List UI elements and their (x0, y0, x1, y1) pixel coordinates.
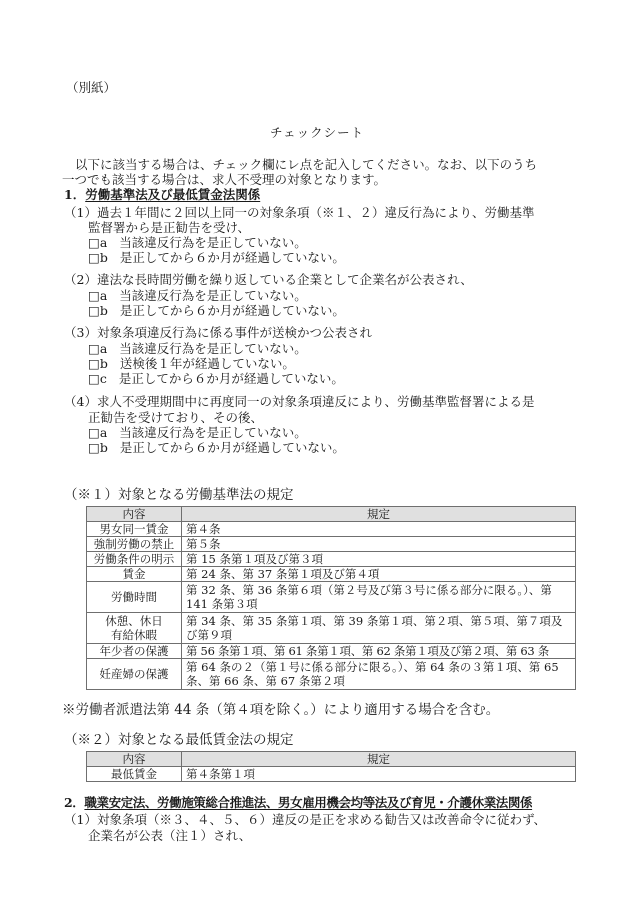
item-4-option-b[interactable]: □b是正してから６か月が経過していない。 (88, 440, 345, 455)
table-row: 休憩、休日有給休暇第 34 条、第 35 条第１項、第 39 条第１項、第２項、… (87, 613, 576, 644)
annex-label: （別紙） (66, 80, 116, 95)
checkbox[interactable]: □ (88, 371, 100, 386)
item-4-line-1: （4）求人不受理期間中に再度同一の対象条項違反により、労働基準監督署による是 (64, 394, 534, 409)
page-title: チェックシート (270, 125, 364, 140)
column-header: 規定 (182, 752, 576, 767)
checkbox[interactable]: □ (88, 440, 100, 455)
column-header: 内容 (87, 507, 182, 522)
section2-item-1-line-2: 企業名が公表（注１）され、 (88, 828, 251, 843)
checkbox[interactable]: □ (88, 250, 100, 265)
item-1-text: 過去１年間に２回以上同一の対象条項（※１、２）違反行為により、労働基準 (97, 205, 535, 220)
column-header: 規定 (182, 507, 576, 522)
checkbox[interactable]: □ (88, 341, 100, 356)
item-1-line-1: （1）過去１年間に２回以上同一の対象条項（※１、２）違反行為により、労働基準 (64, 205, 534, 220)
table-row: 男女同一賃金第４条 (87, 522, 576, 537)
section1-heading: 1．労働基準法及び最低賃金法関係 (64, 187, 260, 202)
note2-table: 内容 規定 最低賃金第４条第１項 (86, 751, 576, 782)
note2-heading: （※２）対象となる最低賃金法の規定 (64, 733, 294, 748)
item-3-option-b[interactable]: □b送検後１年が経過していない。 (88, 356, 295, 371)
item-4-option-a[interactable]: □a当該違反行為を是正していない。 (88, 425, 307, 440)
item-3-option-a[interactable]: □a当該違反行為を是正していない。 (88, 341, 307, 356)
section2-title: 職業安定法、労働施策総合推進法、男女雇用機会均等法及び育児・介護休業法関係 (84, 795, 532, 810)
table-row: 労働時間第 32 条、第 36 条第６項（第２号及び第３号に係る部分に限る。）、… (87, 582, 576, 613)
item-2-option-b[interactable]: □b是正してから６か月が経過していない。 (88, 303, 345, 318)
table-header-row: 内容 規定 (87, 507, 576, 522)
intro-line-2: 一つでも該当する場合は、求人不受理の対象となります。 (62, 172, 386, 187)
checkbox[interactable]: □ (88, 303, 100, 318)
section1-number: 1． (64, 187, 85, 202)
table-row: 労働条件の明示第 15 条第１項及び第３項 (87, 552, 576, 567)
checkbox[interactable]: □ (88, 235, 100, 250)
item-3-line-1: （3）対象条項違反行為に係る事件が送検かつ公表され (64, 325, 372, 340)
item-4-line-2: 正勧告を受けており、その後、 (88, 410, 263, 425)
section2-item-1-line-1: （1）対象条項（※３、４、５、６）違反の是正を求める勧告又は改善命令に従わず、 (64, 812, 546, 827)
item-1-line-2: 監督署から是正勧告を受け、 (88, 220, 250, 235)
note1-table: 内容 規定 男女同一賃金第４条 強制労働の禁止第５条 労働条件の明示第 15 条… (86, 506, 576, 690)
note1-heading: （※１）対象となる労働基準法の規定 (64, 488, 294, 503)
item-2-option-a[interactable]: □a当該違反行為を是正していない。 (88, 288, 307, 303)
table-row: 強制労働の禁止第５条 (87, 537, 576, 552)
section2-number: 2． (64, 795, 84, 810)
item-1-option-b[interactable]: □b是正してから６か月が経過していない。 (88, 250, 345, 265)
table-row: 賃金第 24 条、第 37 条第１項及び第４項 (87, 567, 576, 582)
table-row: 年少者の保護第 56 条第１項、第 61 条第１項、第 62 条第１項及び第２項… (87, 644, 576, 659)
item-3-option-c[interactable]: □c是正してから６か月が経過していない。 (88, 371, 344, 386)
table-row: 妊産婦の保護第 64 条の２（第１号に係る部分に限る。）、第 64 条の３第１項… (87, 659, 576, 690)
item-1-label: （1） (64, 205, 97, 220)
checkbox[interactable]: □ (88, 288, 100, 303)
table-row: 最低賃金第４条第１項 (87, 767, 576, 782)
table-header-row: 内容 規定 (87, 752, 576, 767)
checkbox[interactable]: □ (88, 356, 100, 371)
intro-line-1: 以下に該当する場合は、チェック欄にレ点を記入してください。なお、以下のうち (75, 157, 537, 172)
checkbox[interactable]: □ (88, 425, 100, 440)
item-2-line-1: （2）違法な長時間労働を繰り返している企業として企業名が公表され、 (64, 272, 473, 287)
section2-heading: 2．職業安定法、労働施策総合推進法、男女雇用機会均等法及び育児・介護休業法関係 (64, 795, 532, 810)
column-header: 内容 (87, 752, 182, 767)
note1-footnote: ※労働者派遣法第 44 条（第４項を除く。）により適用する場合を含む。 (62, 703, 499, 718)
section1-title: 労働基準法及び最低賃金法関係 (85, 187, 260, 202)
item-1-option-a[interactable]: □a当該違反行為を是正していない。 (88, 235, 307, 250)
